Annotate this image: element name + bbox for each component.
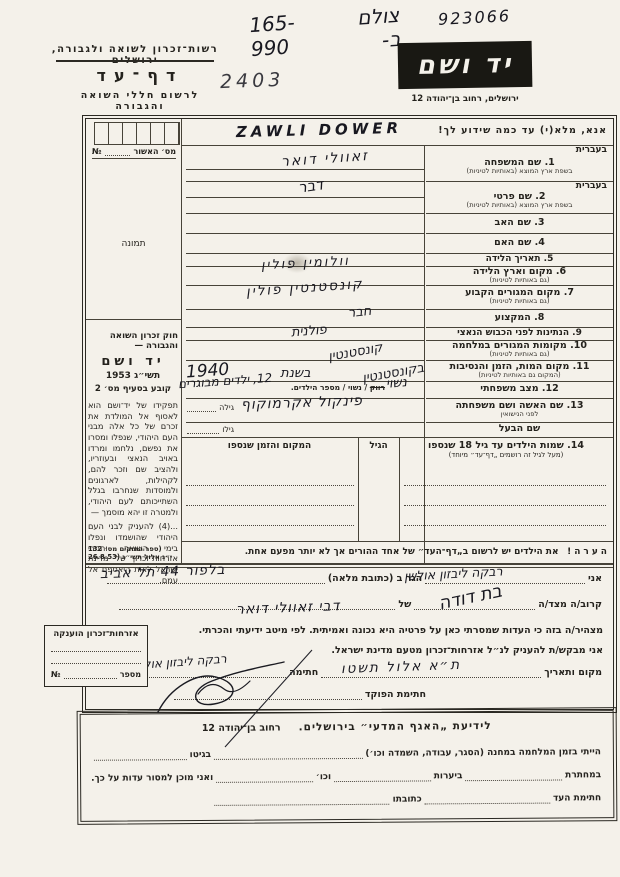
citizenship-number-label: מספר	[120, 670, 141, 679]
write-line	[186, 233, 424, 234]
table-col-divider-2	[399, 437, 400, 541]
official-signature-line	[174, 690, 362, 700]
forests-dots	[334, 772, 431, 782]
field-2-prefix: בעברית	[576, 182, 607, 192]
field-11-label: מקום המות, הזמן והנסיבות	[450, 361, 570, 372]
field-10-label: מקומות המגורים במלחמה	[452, 340, 567, 351]
law-source: (ספר החוקים מס׳ 132 י״ג אלול תשי״ג (26.8…	[88, 545, 178, 561]
field-10-num: 10.	[570, 340, 587, 351]
place-column-header: המקום והזמן שנספו	[181, 441, 358, 451]
law-intro: חוק זכרון השואה והגבורה —	[88, 331, 178, 351]
field-11-num: 11.	[573, 361, 590, 372]
first-name-handwriting: דבר	[297, 175, 325, 196]
field-6-num: 6.	[556, 266, 566, 277]
citizenship-number-dots	[64, 670, 117, 679]
field-13-label: שם האשה ושם משפחתה	[455, 400, 563, 411]
field-row-2: בעברית 2. שם פרטי בשפת ארץ המוצא (באותיו…	[426, 181, 613, 214]
field-6-label: מקום וארץ הלידה	[473, 266, 553, 277]
field-row-7: 7. מקום המגורים הקבוע (גם באותיות לטיניו…	[426, 285, 613, 310]
science-branch-heading: לידיעת „האגף המדעי״ בירושלים.	[299, 720, 492, 733]
children-row-dots	[186, 504, 354, 506]
witness-sig-label: חתימת העד	[553, 793, 601, 803]
field-11-sub: (המקום גם באותיות לטיניות)	[478, 372, 560, 379]
citizenship-box-title: אזרחות־זכרון הוענקה	[50, 629, 142, 639]
husband-age-row: גילו	[184, 425, 234, 434]
underground-label: במחתרת	[565, 770, 601, 780]
children-row-dots	[404, 524, 606, 526]
field-13-sub: לפני הנישואין	[501, 411, 539, 418]
field-2-num: 2.	[535, 191, 545, 202]
field-3-label: שם האב	[495, 217, 531, 228]
authority-underline	[56, 60, 214, 62]
registry-number-handwriting: 2403	[220, 69, 285, 93]
field-13-num: 13.	[567, 400, 584, 411]
death-year-word: בשנת	[280, 366, 310, 381]
wife-name-handwriting: פינקול אקרמוקוף	[241, 393, 363, 413]
note-line: הערה! את הילדים יש לרשום ב„דף־העד״ של אח…	[186, 547, 610, 557]
marital-status-handwriting: נשוי	[385, 375, 407, 392]
wife-age-dots	[187, 403, 216, 412]
field-2-label: שם פרטי	[494, 191, 532, 202]
children-header: 14. שמות הילדים עד גיל 18 שנספו (מעל לגי…	[401, 440, 611, 459]
camp-dots	[214, 749, 362, 760]
declaration-statement: מצהיר/ה בזה כי העדות שמסרתי כאן על פרטיה…	[166, 625, 603, 636]
left-column-divider	[181, 119, 182, 563]
victim-name-handwriting: דבי זאוולי דואר	[236, 598, 341, 618]
authority-line: רשות־זכרון לשואה ולגבורה, ירושלים	[48, 44, 222, 66]
note-text: את הילדים יש לרשום ב„דף־העד״ של אחד ההור…	[245, 547, 559, 557]
citizenship-handwriting: פולנית	[290, 322, 327, 340]
husband-age-dots	[187, 425, 219, 434]
citizenship-number-row: מספר №	[51, 670, 141, 679]
field-1-num: 1.	[545, 157, 555, 168]
law-year: תשי״ג 1953	[88, 371, 178, 381]
profession-handwriting: חבר	[347, 304, 372, 321]
witness-address-dots	[214, 795, 389, 806]
witness-address-label: כתובתו	[393, 794, 422, 804]
citizenship-dots-1	[51, 650, 141, 652]
camp-line-label: הייתי בזמן המלחמה במחנה (הסגר, עבודה, הש…	[365, 747, 601, 759]
logo-address: ירושלים, רחוב בן־יהודה 12	[390, 94, 540, 104]
field-14-sub: (מעל לגיל זה רושמים „דף־עד״ מיוחד)	[401, 451, 611, 459]
tick-strip	[94, 122, 180, 145]
left-column-rule	[86, 319, 181, 320]
write-line	[186, 197, 424, 198]
write-line	[186, 213, 424, 214]
field-7-label: מקום המגורים הקבוע	[465, 287, 560, 298]
write-line	[186, 253, 424, 254]
write-line	[186, 309, 424, 310]
children-row-dots	[404, 484, 606, 486]
field-2-sub: בשפת ארץ המוצא (באותיות לטיניות)	[467, 202, 573, 209]
field-1-prefix: בעברית	[576, 146, 607, 156]
label-column-divider	[424, 145, 425, 563]
field-1-label: שם המשפחה	[484, 157, 541, 168]
citizenship-box: אזרחות־זכרון הוענקה מספר №	[44, 625, 148, 687]
field-row-6: 6. מקום וארץ הלידה (גם באותיות לטיניות)	[426, 266, 613, 286]
law-clause: קובע בסעיף מס׳ 2	[88, 384, 178, 394]
options-rest: / נשוי / מספר הילדים.	[291, 383, 367, 392]
declaration-line-6: חתימת הפוקד	[171, 689, 426, 700]
law-source-line1: (ספר החוקים מס׳ 132	[88, 545, 178, 553]
table-col-divider-1	[358, 437, 359, 541]
husband-label: שם הבעל	[499, 424, 541, 434]
table-top-border	[181, 437, 613, 438]
field-row-8: 8. המקצוע	[426, 309, 613, 328]
field-8-num: 8.	[534, 312, 544, 323]
photo-label: תמונה	[86, 239, 181, 249]
declaration-line-2: קרוב/ה מצד/ה של	[116, 599, 602, 610]
birthplace-handwriting: וולומין פולין	[261, 254, 351, 274]
i-label: אני	[588, 573, 602, 584]
write-line	[186, 169, 424, 170]
table-bottom-border	[181, 541, 613, 542]
residence-handwriting: קונסטנטין פולין	[246, 276, 365, 300]
citizenship-dots-2	[51, 662, 141, 664]
field-5-label: תאריך הלידה	[486, 254, 541, 264]
science-branch-box: לידיעת „האגף המדעי״ בירושלים. רחוב בן־יה…	[80, 710, 615, 822]
family-name-handwriting: זאוולי דואר	[281, 148, 370, 170]
field-row-1: בעברית 1. שם המשפחה בשפת ארץ המוצא (באות…	[426, 145, 613, 182]
field-row-13: 13. שם האשה ושם משפחתה לפני הנישואין	[426, 398, 613, 423]
main-form-box: אנא, מלא(י) עד כמה שידוע לך! ZAWLI DOWER…	[85, 118, 614, 710]
field-7-num: 7.	[564, 287, 574, 298]
ghetto-dots	[94, 751, 187, 761]
of-label: של	[398, 599, 411, 610]
approval-dotted-line	[105, 147, 131, 156]
underground-dots	[465, 771, 562, 781]
wife-age-row: גילה	[184, 403, 234, 412]
children-row-dots	[404, 504, 606, 506]
field-12-label: מצב משפחתי	[480, 383, 538, 394]
underground-row: במחתרת ביערות וכו׳ ואני מוכן למסור עדות …	[91, 770, 601, 784]
law-source-line2: י״ג אלול תשי״ג (26.8.53	[88, 553, 178, 561]
camp-line-row: הייתי בזמן המלחמה במחנה (הסגר, עבודה, הש…	[91, 747, 601, 761]
relative-label: קרוב/ה מצד/ה	[538, 599, 602, 610]
note-label: הערה!	[567, 547, 610, 557]
field-10-sub: (גם באותיות לטיניות)	[490, 351, 550, 358]
photo-note-handwriting: צולם ב- 165-990	[249, 3, 402, 61]
husband-row: שם הבעל	[426, 422, 613, 437]
science-branch-address: רחוב בן־יהודה 12	[202, 722, 281, 734]
field-12-num: 12.	[542, 383, 559, 394]
logo-text: יד ושם	[416, 49, 513, 81]
field-9-label: הנתינות לפני הכבוש הנאצי	[457, 328, 569, 338]
field-4-label: שם האם	[494, 237, 531, 248]
serial-number-handwriting: 923066	[438, 6, 512, 29]
form-title: דף־עד	[92, 66, 188, 85]
place-date-label: מקום ותאריך	[544, 667, 602, 678]
field-row-9: 9. הנתינות לפני הכבוש הנאצי	[426, 327, 613, 341]
wife-age-label: גילה	[219, 403, 234, 412]
field-3-num: 3.	[534, 217, 544, 228]
etc-dots	[216, 773, 313, 783]
field-5-num: 5.	[544, 254, 554, 264]
photo-note-number: 165-990	[249, 8, 330, 61]
law-name: יד ושם	[88, 354, 178, 369]
field-9-num: 9.	[572, 328, 582, 338]
children-row-dots	[186, 524, 354, 526]
victim-name-latin-handwriting: ZAWLI DOWER	[236, 119, 403, 141]
official-signature-label: חתימת הפוקד	[365, 689, 426, 700]
field-7-sub: (גם באותיות לטיניות)	[490, 298, 550, 305]
age-column-header: הגיל	[358, 441, 399, 451]
field-14-label: שמות הילדים עד גיל 18 שנספו	[428, 440, 564, 451]
approval-number-row: מס׳ האשור №	[92, 147, 176, 159]
field-1-sub: בשפת ארץ המוצא (באותיות לטיניות)	[467, 168, 573, 175]
field-14-num: 14.	[567, 440, 584, 451]
option-single: רווק	[370, 383, 385, 392]
field-4-num: 4.	[535, 237, 545, 248]
photo-note-text: צולם ב-	[336, 3, 402, 55]
witness-signature-row: חתימת העד כתובתו	[211, 793, 601, 806]
husband-age-label: גילו	[222, 425, 234, 434]
declaration-request: אני מבקש/ת להעניק לנ״ל אזרחות־זכרון מטעם…	[246, 645, 603, 656]
write-line	[186, 422, 424, 423]
field-6-sub: (גם באותיות לטיניות)	[490, 277, 550, 284]
field-row-3: 3. שם האב	[426, 213, 613, 234]
children-row-dots	[186, 484, 354, 486]
testify-text: ואני מוכן למסור עדות על כך.	[91, 773, 213, 784]
witness-sig-dots	[425, 794, 550, 804]
field-row-12: 12. מצב משפחתי	[426, 381, 613, 399]
approval-number-symbol: №	[92, 147, 102, 156]
yad-vashem-logo: יד ושם	[398, 41, 533, 89]
field-row-11: 11. מקום המות, הזמן והנסיבות (המקום גם ב…	[426, 360, 613, 382]
form-subtitle: לרשום חללי השואה והגבורה	[58, 90, 222, 112]
science-branch-heading-row: לידיעת „האגף המדעי״ בירושלים. רחוב בן־יה…	[81, 719, 613, 735]
field-row-10: 10. מקומות המגורים במלחמה (גם באותיות לט…	[426, 340, 613, 361]
forests-label: ביערות	[434, 771, 463, 781]
signature-label: חתימה	[289, 667, 318, 678]
fill-instruction: אנא, מלא(י) עד כמה שידוע לך!	[438, 125, 607, 136]
ghetto-label: בגיטו	[190, 750, 211, 760]
scanned-testimony-page: צולם ב- 165-990 923066 רשות־זכרון לשואה …	[0, 0, 620, 877]
field-row-4: 4. שם האם	[426, 233, 613, 254]
marital-status-printed-options: רווק / נשוי / מספר הילדים.	[273, 383, 385, 392]
field-8-label: המקצוע	[495, 312, 531, 323]
citizenship-number-symbol: №	[51, 670, 61, 679]
approval-label: מס׳ האשור	[133, 147, 176, 156]
law-body: תפקידו של יד־ושם הוא לאסוף אל המולדת את …	[88, 400, 178, 517]
write-line	[186, 340, 424, 341]
etc-label: וכו׳	[316, 772, 331, 782]
